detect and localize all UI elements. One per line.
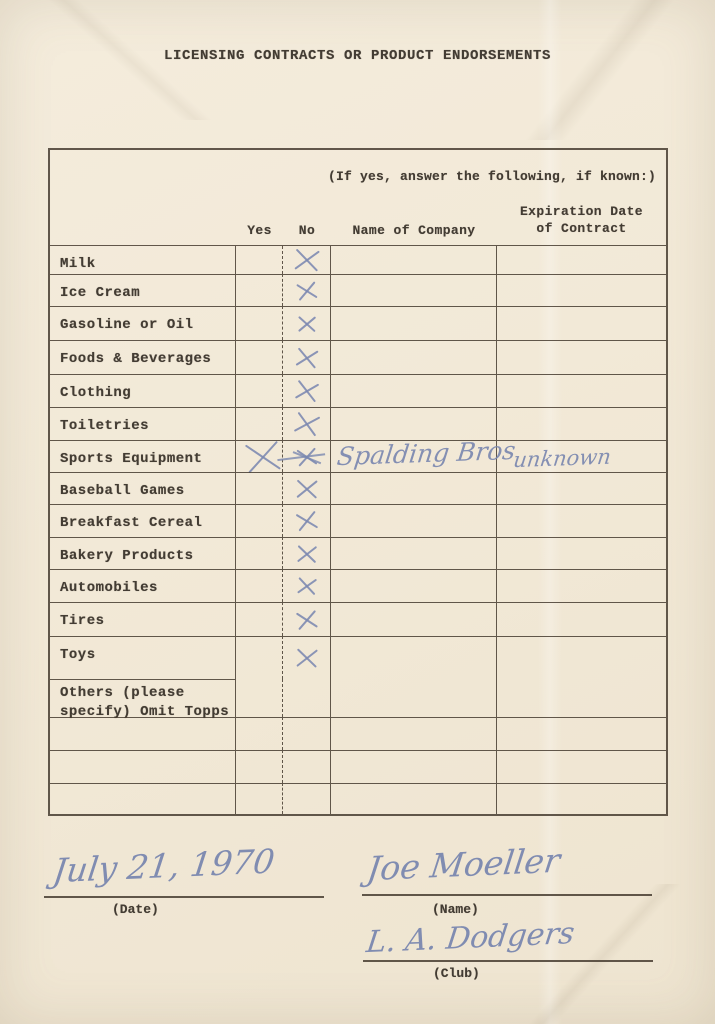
yes-cell: [236, 602, 283, 636]
name-label: (Name): [432, 902, 479, 917]
col-header-expiration-line1: Expiration Date: [497, 203, 666, 221]
club-signature-line: [363, 960, 653, 962]
yes-cell: [236, 717, 283, 750]
company-cell: Spalding Bros: [331, 440, 497, 472]
expiration-cell: [497, 602, 666, 636]
expiration-cell: [497, 717, 666, 750]
row-label-cell: [50, 750, 236, 783]
yes-cell: [236, 340, 283, 374]
scanned-form-page: LICENSING CONTRACTS OR PRODUCT ENDORSEME…: [0, 0, 715, 1024]
company-cell: [331, 504, 497, 537]
company-cell: [331, 374, 497, 407]
row-label: Foods & Beverages: [60, 351, 211, 367]
yes-cell: [236, 569, 283, 602]
yes-cell: [236, 306, 283, 340]
row-label: Gasoline or Oil: [60, 317, 194, 333]
no-cell: [283, 636, 331, 679]
yes-cell: [236, 783, 283, 814]
row-label: Ice Cream: [60, 285, 140, 301]
table-row: Bakery Products: [50, 537, 666, 569]
table-row: Gasoline or Oil: [50, 306, 666, 340]
yes-cell: [236, 246, 283, 274]
yes-cell: [236, 374, 283, 407]
no-cell: [283, 679, 331, 717]
no-cell: [283, 569, 331, 602]
expiration-cell: [497, 504, 666, 537]
no-cell: [283, 602, 331, 636]
company-cell: [331, 750, 497, 783]
company-cell: [331, 274, 497, 306]
table-row: Baseball Games: [50, 472, 666, 504]
row-label: Sports Equipment: [60, 451, 202, 467]
row-label-cell: Foods & Beverages: [50, 340, 236, 374]
row-label-cell: Milk: [50, 246, 236, 274]
row-label-cell: Clothing: [50, 374, 236, 407]
table-row: Tires: [50, 602, 666, 636]
table-row: Breakfast Cereal: [50, 504, 666, 537]
table-row: Ice Cream: [50, 274, 666, 306]
company-cell: [331, 717, 497, 750]
yes-cell: [236, 504, 283, 537]
company-cell: [331, 679, 497, 717]
no-cell: [283, 750, 331, 783]
expiration-cell: [497, 636, 666, 679]
row-label-cell: Automobiles: [50, 569, 236, 602]
name-signature-line: [362, 894, 652, 896]
table-row: Milk: [50, 246, 666, 274]
no-cell: [283, 407, 331, 440]
expiration-cell: [497, 246, 666, 274]
expiration-handwriting: unknown: [512, 445, 612, 473]
conditional-note: (If yes, answer the following, if known:…: [328, 169, 656, 184]
row-label-cell: Tires: [50, 602, 236, 636]
yes-cell: [236, 750, 283, 783]
company-cell: [331, 340, 497, 374]
name-signature: Joe Moeller: [365, 841, 563, 889]
expiration-cell: [497, 472, 666, 504]
row-label: Toiletries: [60, 418, 149, 434]
table-row: [50, 717, 666, 750]
company-cell: [331, 569, 497, 602]
col-header-expiration: Expiration Date of Contract: [497, 203, 666, 238]
expiration-cell: [497, 537, 666, 569]
no-cell: [283, 783, 331, 814]
row-label-cell: Breakfast Cereal: [50, 504, 236, 537]
table-row: Toys: [50, 636, 666, 679]
table-row: Automobiles: [50, 569, 666, 602]
date-signature-line: [44, 896, 324, 898]
expiration-cell: unknown: [497, 440, 666, 472]
company-cell: [331, 783, 497, 814]
expiration-cell: [497, 569, 666, 602]
company-cell: [331, 636, 497, 679]
row-label-cell: Toys: [50, 636, 236, 679]
row-label-cell: Baseball Games: [50, 472, 236, 504]
date-signature: July 21, 1970: [51, 841, 277, 890]
no-cell: [283, 472, 331, 504]
yes-cell: [236, 472, 283, 504]
expiration-cell: [497, 679, 666, 717]
row-label: Toys: [60, 647, 96, 663]
expiration-cell: [497, 374, 666, 407]
paper-crease: [485, 0, 715, 140]
page-title: LICENSING CONTRACTS OR PRODUCT ENDORSEME…: [0, 48, 715, 64]
paper-crease: [495, 884, 715, 1024]
col-header-expiration-line2: of Contract: [497, 220, 666, 238]
col-header-company: Name of Company: [331, 223, 497, 238]
no-cell: [283, 440, 331, 472]
row-label-cell: Ice Cream: [50, 274, 236, 306]
form-table-body: MilkIce CreamGasoline or OilFoods & Beve…: [50, 246, 666, 814]
no-cell: [283, 340, 331, 374]
row-label: Automobiles: [60, 580, 158, 596]
row-label: Clothing: [60, 385, 131, 401]
no-cell: [283, 274, 331, 306]
no-cell: [283, 717, 331, 750]
row-label: Others (please specify) Omit Topps: [60, 685, 229, 720]
table-row: Others (please specify) Omit Topps: [50, 679, 666, 717]
row-label: Tires: [60, 613, 105, 629]
company-cell: [331, 472, 497, 504]
club-signature: L. A. Dodgers: [364, 916, 576, 960]
no-cell: [283, 537, 331, 569]
expiration-cell: [497, 306, 666, 340]
yes-cell: [236, 537, 283, 569]
company-cell: [331, 537, 497, 569]
row-label: Bakery Products: [60, 548, 194, 564]
expiration-cell: [497, 340, 666, 374]
table-row: Clothing: [50, 374, 666, 407]
row-label-cell: Toiletries: [50, 407, 236, 440]
expiration-cell: [497, 750, 666, 783]
row-label: Baseball Games: [60, 483, 185, 499]
date-label: (Date): [112, 902, 159, 917]
row-label-cell: Gasoline or Oil: [50, 306, 236, 340]
row-label-cell: [50, 717, 236, 750]
form-table: (If yes, answer the following, if known:…: [48, 148, 668, 816]
company-cell: [331, 246, 497, 274]
row-label-cell: Bakery Products: [50, 537, 236, 569]
row-label-cell: Sports Equipment: [50, 440, 236, 472]
table-row: [50, 750, 666, 783]
table-row: [50, 783, 666, 814]
row-label: Milk: [60, 256, 96, 272]
yes-cell: [236, 440, 283, 472]
expiration-cell: [497, 274, 666, 306]
row-label-cell: [50, 783, 236, 814]
table-row: Foods & Beverages: [50, 340, 666, 374]
col-header-no: No: [283, 223, 331, 238]
company-cell: [331, 602, 497, 636]
yes-cell: [236, 679, 283, 717]
no-cell: [283, 374, 331, 407]
yes-cell: [236, 407, 283, 440]
table-row: Sports EquipmentSpalding Brosunknown: [50, 440, 666, 472]
yes-cell: [236, 636, 283, 679]
no-cell: [283, 246, 331, 274]
no-cell: [283, 504, 331, 537]
yes-cell: [236, 274, 283, 306]
row-label: Breakfast Cereal: [60, 515, 202, 531]
expiration-cell: [497, 783, 666, 814]
table-row: Toiletries: [50, 407, 666, 440]
col-header-yes: Yes: [236, 223, 283, 238]
row-label-cell: Others (please specify) Omit Topps: [50, 679, 236, 717]
form-table-header: (If yes, answer the following, if known:…: [50, 150, 666, 246]
expiration-cell: [497, 407, 666, 440]
company-handwriting: Spalding Bros: [335, 436, 517, 471]
company-cell: [331, 306, 497, 340]
company-cell: [331, 407, 497, 440]
club-label: (Club): [433, 966, 480, 981]
no-cell: [283, 306, 331, 340]
